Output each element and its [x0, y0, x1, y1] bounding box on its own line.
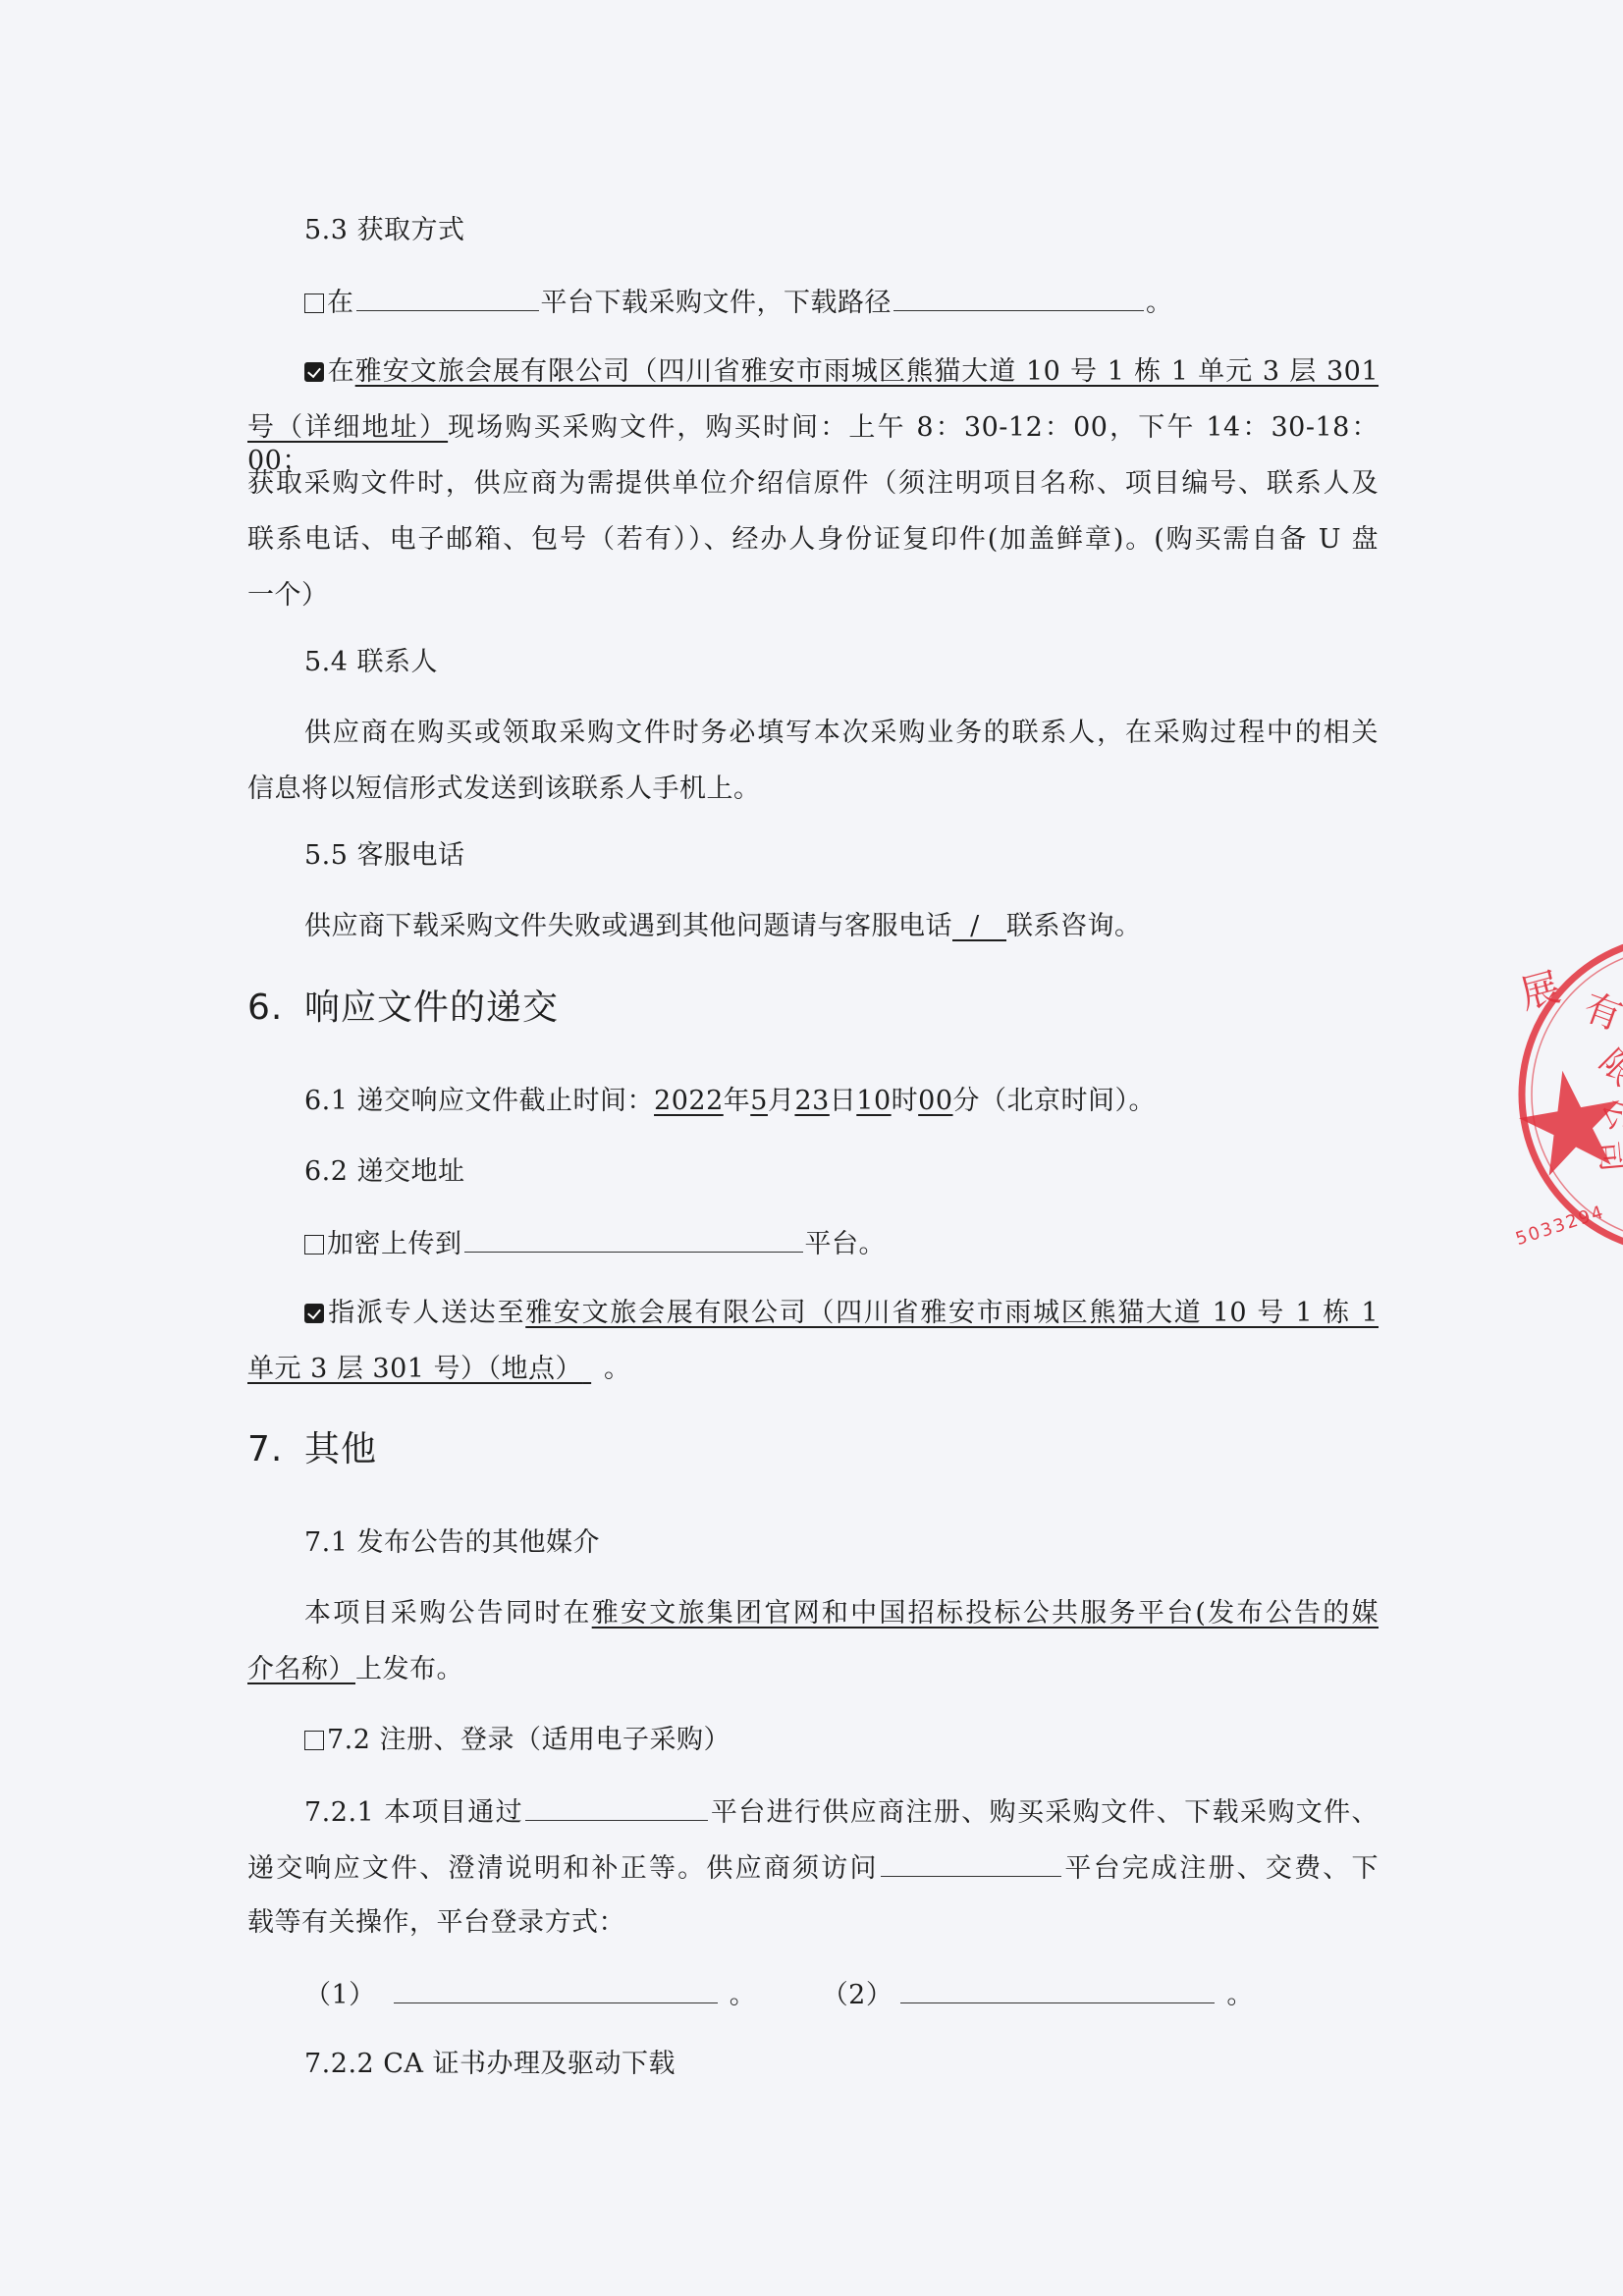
- login-option-2-blank: [900, 1977, 1215, 2003]
- seal-icon: 展 有 限 公 司 5033294: [1512, 928, 1623, 1261]
- registration-paragraph-line1: 7.2.1 本项目通过平台进行供应商注册、购买采购文件、下载采购文件、: [304, 1794, 1379, 1830]
- section-7-2-2-title: 7.2.2 CA 证书办理及驱动下载: [304, 2048, 1379, 2081]
- publication-media-line2: 介名称）上发布。: [247, 1653, 1379, 1686]
- publication-media-line1: 本项目采购公告同时在雅安文旅集团官网和中国招标投标公共服务平台(发布公告的媒: [304, 1597, 1379, 1630]
- option-download-platform: 在平台下载采购文件，下载路径。: [304, 285, 1379, 320]
- svg-text:司: 司: [1592, 1139, 1623, 1173]
- company-seal-stamp: 展 有 限 公 司 5033294: [1512, 928, 1623, 1261]
- download-path-blank: [893, 285, 1144, 311]
- checkbox-unchecked[interactable]: [304, 1731, 324, 1750]
- login-methods: （1）。（2）。: [304, 1977, 1435, 2012]
- section-5-4-title: 5.4 联系人: [304, 646, 1379, 679]
- login-option-2-label: （2）: [835, 1980, 893, 2010]
- checkbox-unchecked[interactable]: [304, 1235, 324, 1255]
- svg-text:公: 公: [1596, 1094, 1623, 1136]
- delivery-address: 雅安文旅会展有限公司（四川省雅安市雨城区熊猫大道 10 号 1 栋 1: [525, 1298, 1379, 1328]
- svg-text:限: 限: [1592, 1042, 1623, 1094]
- section-5-3-title: 5.3 获取方式: [304, 214, 1379, 247]
- section-7-1-title: 7.1 发布公告的其他媒介: [304, 1526, 1379, 1560]
- option-deliver-in-person: 指派专人送达至雅安文旅会展有限公司（四川省雅安市雨城区熊猫大道 10 号 1 栋…: [304, 1297, 1379, 1330]
- checkbox-checked[interactable]: [304, 362, 324, 382]
- submission-deadline: 6.1 递交响应文件截止时间：2022年5月23日10时00分（北京时间）。: [304, 1085, 1379, 1118]
- login-option-1-blank: [394, 1977, 718, 2003]
- onsite-purchase-line4: 联系电话、电子邮箱、包号（若有））、经办人身份证复印件(加盖鲜章)。(购买需自备…: [247, 523, 1379, 557]
- checkbox-checked[interactable]: [304, 1304, 324, 1323]
- registration-platform-blank: [525, 1794, 708, 1821]
- contact-paragraph-line1: 供应商在购买或领取采购文件时务必填写本次采购业务的联系人，在采购过程中的相关: [304, 717, 1379, 750]
- deadline-minute: 00: [918, 1086, 952, 1116]
- svg-text:有: 有: [1578, 985, 1623, 1038]
- onsite-purchase-line3: 获取采购文件时，供应商为需提供单位介绍信原件（须注明项目名称、项目编号、联系人及: [247, 467, 1379, 501]
- section-5-5-title: 5.5 客服电话: [304, 839, 1379, 873]
- svg-text:5033294: 5033294: [1513, 1201, 1607, 1250]
- service-phone: /: [952, 911, 1006, 941]
- deadline-hour: 10: [856, 1086, 891, 1116]
- visit-platform-blank: [881, 1850, 1061, 1877]
- platform-blank: [356, 285, 539, 311]
- option-onsite-purchase: 在雅安文旅会展有限公司（四川省雅安市雨城区熊猫大道 10 号 1 栋 1 单元 …: [304, 355, 1379, 389]
- registration-paragraph-line3: 载等有关操作，平台登录方式：: [247, 1906, 1379, 1940]
- option-encrypted-upload: 加密上传到平台。: [304, 1226, 1379, 1261]
- onsite-purchase-line5: 一个）: [247, 579, 1379, 613]
- deadline-day: 23: [794, 1086, 829, 1116]
- login-option-1-label: （1）: [304, 1980, 376, 2010]
- contact-paragraph-line2: 信息将以短信形式发送到该联系人手机上。: [247, 773, 1379, 806]
- onsite-address: 雅安文旅会展有限公司（四川省雅安市雨城区熊猫大道 10 号 1 栋 1 单元 3…: [355, 356, 1379, 387]
- upload-platform-blank: [464, 1226, 803, 1253]
- media-names: 雅安文旅集团官网和中国招标投标公共服务平台(发布公告的媒: [592, 1598, 1379, 1629]
- section-6-heading: 6.响应文件的递交: [247, 987, 559, 1030]
- deadline-year: 2022: [654, 1086, 724, 1116]
- registration-paragraph-line2: 递交响应文件、澄清说明和补正等。供应商须访问平台完成注册、交费、下: [247, 1850, 1379, 1886]
- section-6-2-title: 6.2 递交地址: [304, 1155, 1379, 1189]
- customer-service-paragraph: 供应商下载采购文件失败或遇到其他问题请与客服电话 / 联系咨询。: [304, 910, 1379, 943]
- delivery-address-line2: 单元 3 层 301 号）（地点） 。: [247, 1353, 1379, 1386]
- checkbox-unchecked[interactable]: [304, 294, 324, 313]
- section-7-2-title: 7.2 注册、登录（适用电子采购）: [304, 1724, 1379, 1757]
- deadline-month: 5: [750, 1086, 768, 1116]
- section-7-heading: 7.其他: [247, 1428, 377, 1471]
